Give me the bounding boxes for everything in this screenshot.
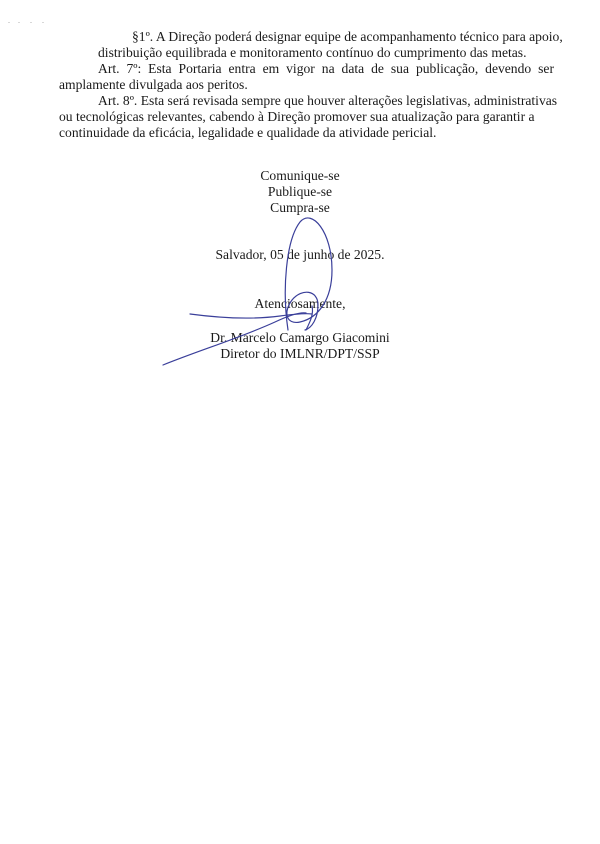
handwritten-signature-icon [0, 0, 600, 844]
